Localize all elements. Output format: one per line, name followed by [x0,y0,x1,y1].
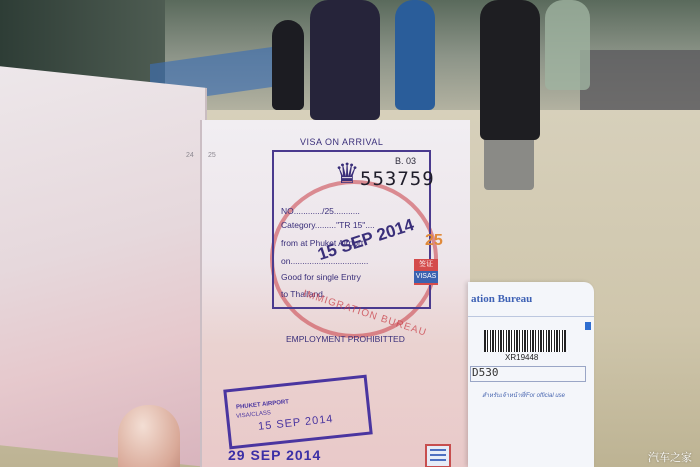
card-title: ation Bureau [471,293,532,305]
watermark: 汽车之家 [648,449,692,465]
visas-badge-chinese: 签证 [414,259,438,271]
page-visa-number: 25 [425,232,443,250]
background-person [545,0,590,90]
passport-logo-icon [425,444,451,467]
background-person [395,0,435,110]
barcode-number: XR19448 [505,353,538,362]
thumb [118,405,180,467]
barcode-icon [484,330,566,352]
card-marker-icon [585,322,591,330]
garuda-emblem-icon: ♛ [330,157,364,191]
visa-line-category: Category........."TR 15".... [281,220,375,230]
visa-code: B. 03 [395,156,416,166]
visa-header: VISA ON ARRIVAL [300,137,383,147]
employment-notice: EMPLOYMENT PROHIBITTED [286,334,405,344]
page-number-left: 24 [186,152,194,159]
background-person [310,0,380,120]
background-person [480,0,540,140]
exit-stamp-date: 29 SEP 2014 [228,447,321,463]
card-footer: สำหรับเจ้าหน้าที่/For official use [482,390,565,400]
photo-scene: 24 25 VISA ON ARRIVAL ♛ B. 03 553759 NO.… [0,0,700,467]
visas-badge: 签证 VISAS [414,259,438,285]
card-field-value: D530 [472,366,499,379]
passport-left-page [0,66,207,467]
background-person [272,20,304,110]
card-divider [468,316,594,317]
visa-line-number: NO............/25........... [281,206,360,216]
visa-serial: 553759 [360,168,435,190]
visa-line-entry: Good for single Entry [281,272,361,282]
visas-badge-label: VISAS [414,271,438,283]
background-counter [580,50,700,110]
page-number-right: 25 [208,152,216,159]
